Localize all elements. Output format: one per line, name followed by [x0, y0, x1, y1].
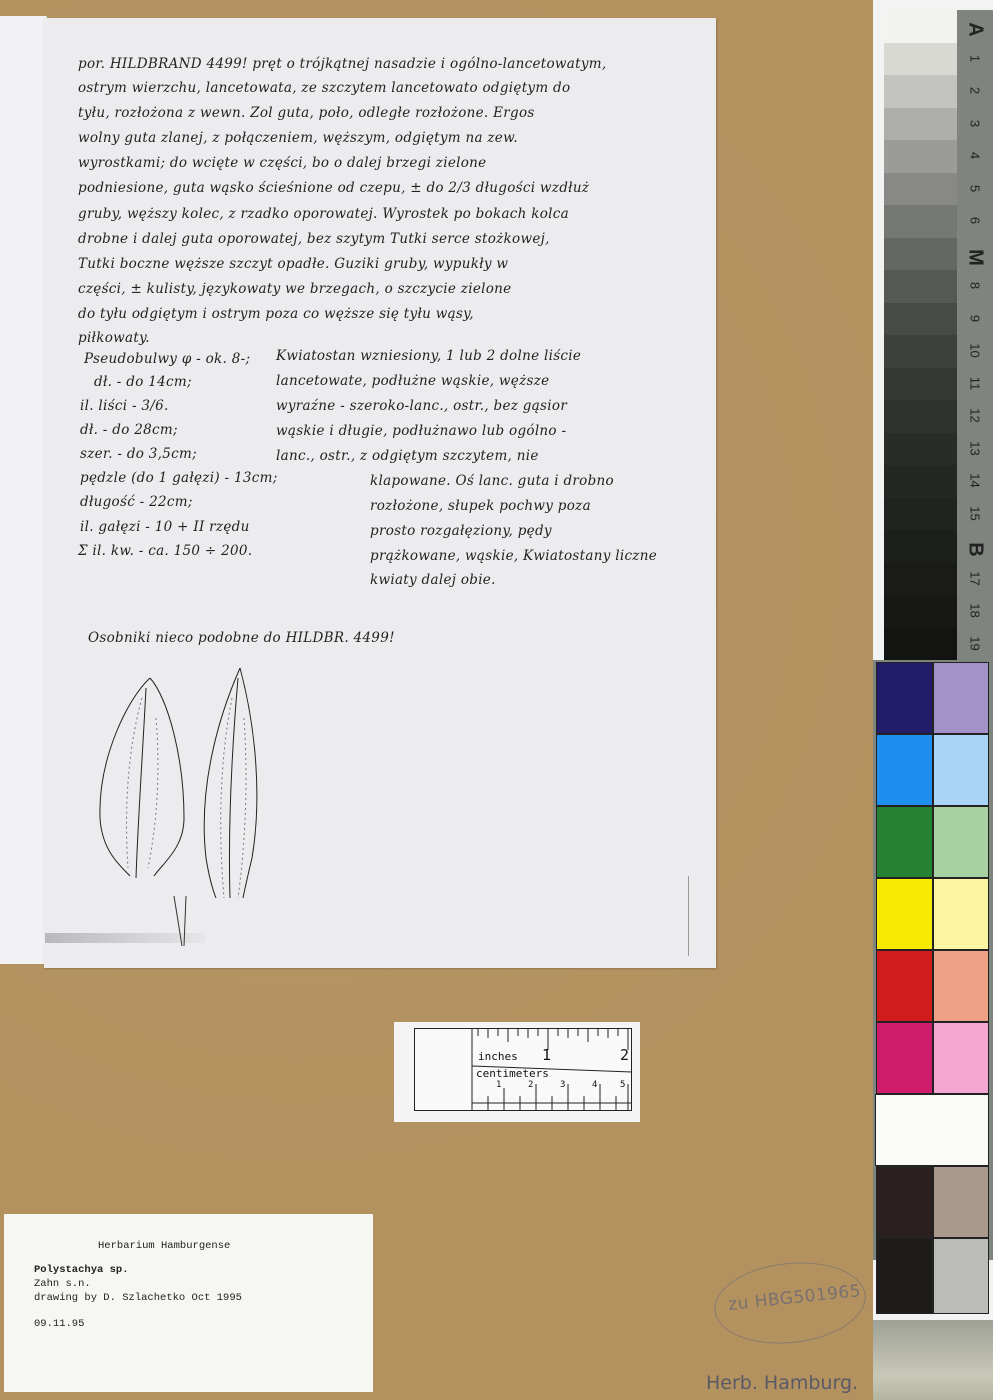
gray-patch	[884, 10, 957, 43]
handwritten-description-page: por. HILDBRAND 4499! pręt o trójkątnej n…	[44, 18, 716, 968]
herbarium-name: Herbarium Hamburgense	[98, 1240, 230, 1252]
gray-scale-label: 12	[968, 398, 983, 434]
gray-patch	[884, 270, 957, 303]
gray-patch	[884, 628, 957, 661]
gray-scale-label: 9	[968, 300, 983, 336]
gray-scale-label: 6	[968, 203, 983, 239]
leaf-base-drawing	[164, 896, 224, 956]
gray-patch	[884, 75, 957, 108]
leaf-drawings	[88, 658, 288, 898]
note-line: Tutki boczne węższe szczyt opadłe. Guzik…	[78, 256, 508, 272]
herbarium-stamp: Herb. Hamburg.	[706, 1372, 858, 1394]
measurement-line: il. gałęzi - 10 + II rzędu	[80, 519, 250, 535]
gray-scale-label: 13	[968, 430, 983, 466]
color-patch	[933, 950, 989, 1022]
gray-scale-label: 3	[968, 105, 983, 141]
note-line: piłkowaty.	[78, 330, 150, 346]
gray-patch	[884, 530, 957, 563]
measurement-line: Pseudobulwy φ - ok. 8-;	[84, 351, 250, 367]
gray-patch	[884, 433, 957, 466]
gray-patch	[884, 238, 957, 271]
note-line: ostrym wierzchu, lancetowata, ze szczyte…	[78, 80, 570, 96]
gray-patch	[884, 140, 957, 173]
gray-patch	[884, 465, 957, 498]
ruler-cm-label: centimeters	[476, 1067, 549, 1080]
taxon-name: Polystachya sp.	[34, 1264, 129, 1276]
gray-patch	[884, 43, 957, 76]
underlying-sheet	[0, 16, 47, 964]
gray-patch	[884, 205, 957, 238]
ruler-cm-mark: 1	[496, 1080, 501, 1090]
gray-patch	[884, 108, 957, 141]
ruler-cm-mark: 4	[592, 1080, 597, 1090]
color-patch	[876, 734, 933, 806]
description-line: Kwiatostan wzniesiony, 1 lub 2 dolne liś…	[276, 348, 581, 364]
ruler-inch-mark: 2	[620, 1046, 629, 1064]
gray-scale-label: 10	[968, 333, 983, 369]
note-line: gruby, węższy kolec, z rzadko oporowatej…	[78, 206, 569, 222]
description-line: lanc., ostr., z odgiętym szczytem, nie	[276, 448, 539, 464]
description-line: rozłożone, słupek pochwy poza	[370, 498, 591, 514]
color-patch	[933, 734, 989, 806]
description-line: kwiaty dalej obie.	[370, 572, 496, 588]
description-line: prosto rozgałęziony, pędy	[370, 523, 552, 539]
ruler-cm-mark: 3	[560, 1080, 565, 1090]
drawing-credit: drawing by D. Szlachetko Oct 1995	[34, 1292, 242, 1304]
color-patch	[933, 1238, 989, 1314]
color-patch	[876, 1238, 933, 1314]
description-line: klapowane. Oś lanc. guta i drobno	[370, 473, 614, 489]
gray-patch	[884, 173, 957, 206]
color-patch	[876, 662, 933, 734]
color-patch	[876, 950, 933, 1022]
note-line: por. HILDBRAND 4499! pręt o trójkątnej n…	[78, 56, 606, 72]
color-patch	[933, 1166, 989, 1238]
color-patch	[876, 878, 933, 950]
specimen-label: Herbarium Hamburgense Polystachya sp. Za…	[4, 1214, 373, 1392]
color-patch	[876, 1022, 933, 1094]
gray-scale-label: 19	[968, 625, 983, 661]
gray-scale-label: 5	[968, 170, 983, 206]
gray-scale-label: 15	[968, 495, 983, 531]
note-line: tyłu, rozłożona z wewn. Zol guta, poło, …	[78, 105, 535, 121]
scanner-background	[873, 1320, 993, 1400]
color-patch	[933, 806, 989, 878]
note-line: drobne i dalej guta oporowatej, bez szyt…	[78, 231, 550, 247]
gray-scale-label: 14	[968, 463, 983, 499]
gray-scale-label: 17	[968, 560, 983, 596]
gray-scale-label: 18	[968, 593, 983, 629]
measurement-line: il. liści - 3/6.	[80, 398, 169, 414]
note-line: do tyłu odgiętym i ostrym poza co węższe…	[78, 306, 474, 322]
sheet-edge-mark	[688, 876, 689, 956]
scale-ruler: inches 1 2 centimeters 1 2 3 4 5	[414, 1028, 632, 1112]
note-line: części, ± kulisty, językowaty we brzegac…	[78, 281, 511, 297]
gray-scale-label: 2	[968, 73, 983, 109]
ruler-cm-mark: 5	[620, 1080, 625, 1090]
ruler-inches-label: inches	[478, 1050, 518, 1063]
measurement-line: szer. - do 3,5cm;	[80, 446, 197, 462]
toner-smudge	[45, 933, 205, 943]
description-line: wyraźne - szeroko-lanc., ostr., bez gąsi…	[276, 398, 567, 414]
color-patch	[876, 806, 933, 878]
measurement-line: Σ il. kw. - ca. 150 ÷ 200.	[78, 543, 252, 559]
description-line: prążkowane, wąskie, Kwiatostany liczne	[370, 548, 657, 564]
gray-patch	[884, 335, 957, 368]
gray-patch	[884, 368, 957, 401]
description-line: lancetowate, podłużne wąskie, węższe	[276, 373, 549, 389]
gray-scale-label: 11	[968, 365, 983, 401]
note-line: wyrostkami; do wcięte w części, bo o dal…	[78, 155, 486, 171]
gray-scale-label: 1	[968, 40, 983, 76]
note-line: wolny guta zlanej, z połączeniem, węższy…	[78, 130, 518, 146]
gray-scale-label: 8	[968, 268, 983, 304]
label-date: 09.11.95	[34, 1318, 84, 1330]
gray-patch	[884, 400, 957, 433]
color-patch	[933, 878, 989, 950]
gray-patch	[884, 563, 957, 596]
description-line: wąskie i długie, podłużnawo lub ogólno -	[276, 423, 566, 439]
comparison-note: Osobniki nieco podobne do HILDBR. 4499!	[88, 630, 395, 646]
ruler-inch-mark: 1	[542, 1046, 551, 1064]
gray-patch	[884, 498, 957, 531]
measurement-line: dł. - do 28cm;	[80, 422, 178, 438]
gray-scale-label: 4	[968, 138, 983, 174]
gray-patch	[884, 595, 957, 628]
measurement-line: pędzle (do 1 gałęzi) - 13cm;	[80, 470, 278, 486]
color-patch	[876, 1166, 933, 1238]
gray-patch	[884, 303, 957, 336]
color-patch	[933, 662, 989, 734]
collector: Zahn s.n.	[34, 1278, 91, 1290]
ruler-cm-mark: 2	[528, 1080, 533, 1090]
note-line: podniesione, guta wąsko ścieśnione od cz…	[78, 180, 589, 196]
measurement-line: dł. - do 14cm;	[94, 374, 192, 390]
color-patch	[933, 1022, 989, 1094]
measurement-line: długość - 22cm;	[80, 494, 193, 510]
white-patch	[875, 1094, 989, 1166]
